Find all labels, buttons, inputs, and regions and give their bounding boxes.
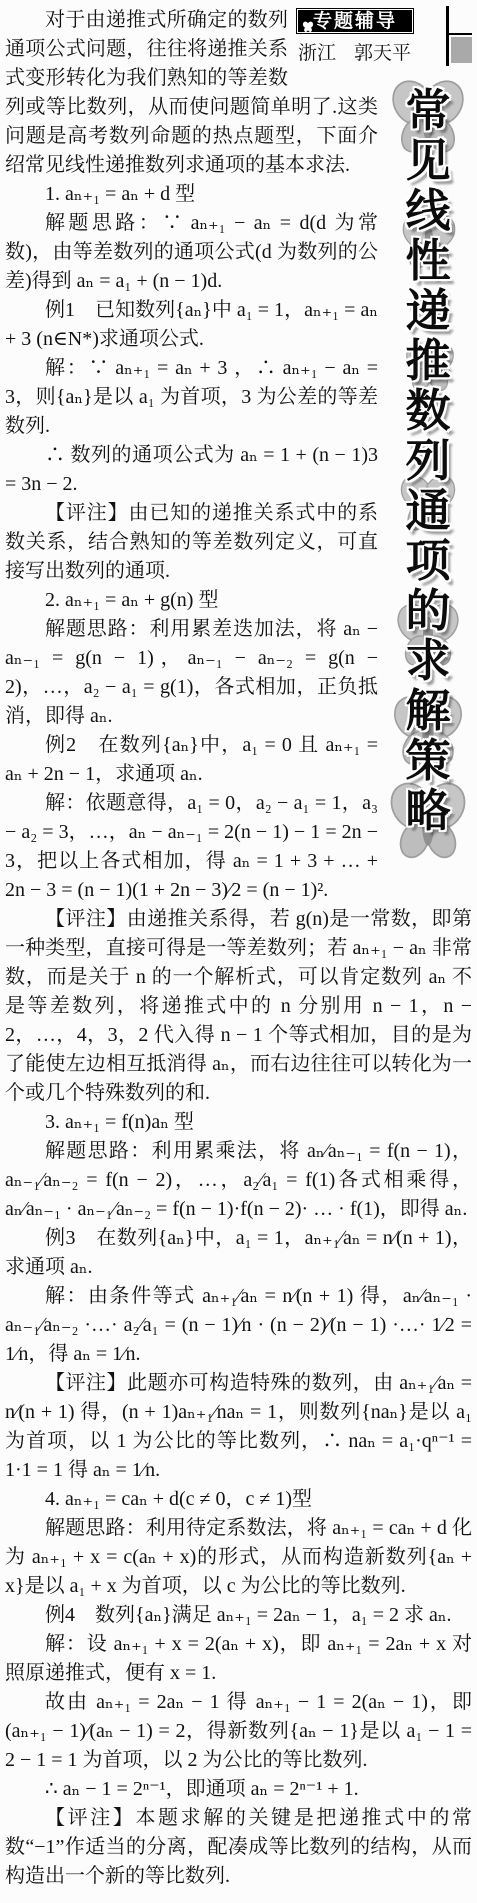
title-char: 线 (384, 186, 472, 236)
topic-badge-label: 专题辅导 (313, 10, 397, 32)
title-char: 见 (384, 136, 472, 186)
example-4-note: 【评注】本题求解的关键是把递推式中的常数“−1”作适当的分离，配凑成等比数列的结… (5, 1804, 472, 1891)
title-char: 通 (384, 486, 472, 536)
title-char: 求 (384, 636, 472, 686)
type-4-method: 解题思路：利用待定系数法，将 aₙ₊₁ = caₙ + d 化为 aₙ₊₁ + … (5, 1514, 472, 1601)
header: 专题辅导 浙江郭天平 (294, 6, 472, 66)
type-3-method: 解题思路：利用累乘法，将 aₙ∕aₙ₋₁ = f(n − 1)，aₙ₋₁∕aₙ₋… (5, 1137, 472, 1224)
title-char: 列 (384, 436, 472, 486)
butterfly-icon (300, 21, 316, 33)
example-4-derivation: 故由 aₙ₊₁ = 2aₙ − 1 得 aₙ₊₁ − 1 = 2(aₙ − 1)… (5, 1688, 472, 1775)
example-3-note: 【评注】此题亦可构造特殊的数列，由 aₙ₊₁∕aₙ = n∕(n + 1) 得，… (5, 1369, 472, 1485)
title-char: 略 (384, 786, 472, 836)
title-char: 项 (384, 536, 472, 586)
example-4-solution: 解：设 aₙ₊₁ + x = 2(aₙ + x)，即 aₙ₊₁ = 2aₙ + … (5, 1630, 472, 1688)
type-3-heading: 3. aₙ₊₁ = f(n)aₙ 型 (5, 1108, 472, 1137)
document-page: 专题辅导 浙江郭天平 常见线性递推数列通项的求解策略 对于由递推式所确定的数列通… (0, 0, 477, 1903)
vertical-rule (446, 6, 449, 66)
title-char: 性 (384, 236, 472, 286)
example-3: 例3 在数列{aₙ}中，a₁ = 1，aₙ₊₁∕aₙ = n∕(n + 1)，求… (5, 1224, 472, 1282)
example-4-result: ∴ aₙ − 1 = 2ⁿ⁻¹，即通项 aₙ = 2ⁿ⁻¹ + 1. (5, 1775, 472, 1804)
topic-badge: 专题辅导 (296, 8, 414, 34)
title-char: 推 (384, 336, 472, 386)
example-3-solution: 解：由条件等式 aₙ₊₁∕aₙ = n∕(n + 1) 得，aₙ∕aₙ₋₁ · … (5, 1282, 472, 1369)
horizontal-rule (446, 33, 472, 35)
title-char: 递 (384, 286, 472, 336)
example-4: 例4 数列{aₙ}满足 aₙ₊₁ = 2aₙ − 1，a₁ = 2 求 aₙ. (5, 1601, 472, 1630)
gray-square-decoration (451, 37, 472, 63)
title-char: 数 (384, 386, 472, 436)
title-char: 策 (384, 736, 472, 786)
author-region: 浙江 (298, 43, 336, 64)
byline: 浙江郭天平 (298, 38, 442, 65)
title-char: 的 (384, 586, 472, 636)
type-4-heading: 4. aₙ₊₁ = caₙ + d(c ≠ 0，c ≠ 1)型 (5, 1485, 472, 1514)
title-char: 常 (384, 86, 472, 136)
example-2-note: 【评注】由递推关系得，若 g(n)是一常数，即第一种类型，直接可得是一等差数列；… (5, 905, 472, 1108)
title-column: 常见线性递推数列通项的求解策略 (384, 72, 472, 872)
vertical-title: 常见线性递推数列通项的求解策略 (384, 72, 472, 836)
title-char: 解 (384, 686, 472, 736)
author-name: 郭天平 (354, 43, 411, 64)
